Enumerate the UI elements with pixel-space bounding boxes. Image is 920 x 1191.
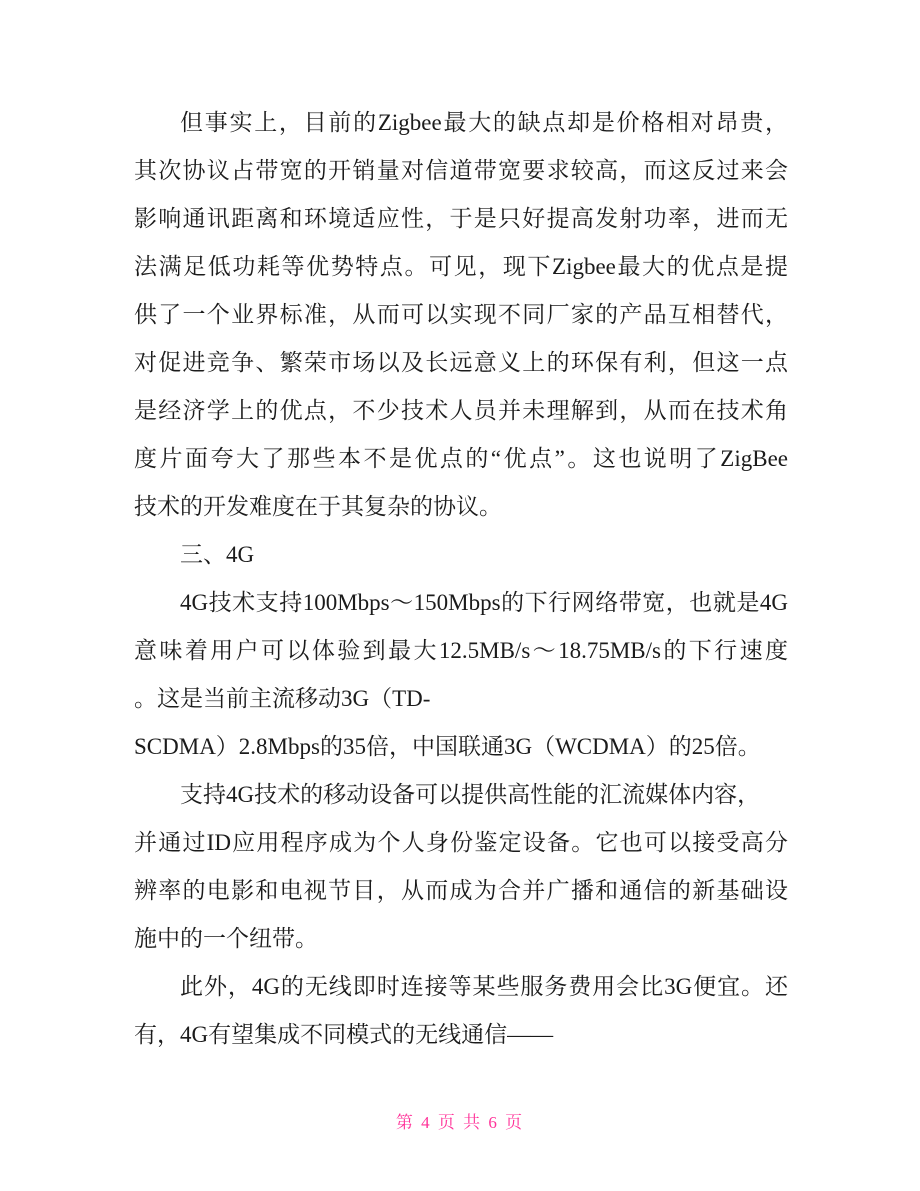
text-line: 。这是当前主流移动3G（TD- bbox=[134, 675, 788, 723]
text-line: 此外，4G的无线即时连接等某些服务费用会比3G便宜。还 bbox=[134, 963, 788, 1011]
text-line: 辨率的电影和电视节目，从而成为合并广播和通信的新基础设 bbox=[134, 867, 788, 915]
document-page: 但事实上，目前的Zigbee最大的缺点却是价格相对昂贵， 其次协议占带宽的开销量… bbox=[0, 0, 920, 1191]
text-line: 并通过ID应用程序成为个人身份鉴定设备。它也可以接受高分 bbox=[134, 819, 788, 867]
text-line: 支持4G技术的移动设备可以提供高性能的汇流媒体内容， bbox=[134, 771, 788, 819]
page-number-label: 第 4 页 共 6 页 bbox=[396, 1113, 524, 1132]
text-line: 有，4G有望集成不同模式的无线通信—— bbox=[134, 1011, 788, 1059]
text-line: 度片面夸大了那些本不是优点的“优点”。这也说明了ZigBee bbox=[134, 435, 788, 483]
text-line: 供了一个业界标准，从而可以实现不同厂家的产品互相替代， bbox=[134, 291, 788, 339]
text-line: SCDMA）2.8Mbps的35倍，中国联通3G（WCDMA）的25倍。 bbox=[134, 723, 788, 771]
text-line: 施中的一个纽带。 bbox=[134, 915, 788, 963]
text-line: 4G技术支持100Mbps～150Mbps的下行网络带宽，也就是4G bbox=[134, 579, 788, 627]
page-footer: 第 4 页 共 6 页 bbox=[0, 1112, 920, 1134]
text-line: 是经济学上的优点，不少技术人员并未理解到，从而在技术角 bbox=[134, 387, 788, 435]
text-line: 其次协议占带宽的开销量对信道带宽要求较高，而这反过来会 bbox=[134, 147, 788, 195]
text-line: 法满足低功耗等优势特点。可见，现下Zigbee最大的优点是提 bbox=[134, 243, 788, 291]
text-line: 但事实上，目前的Zigbee最大的缺点却是价格相对昂贵， bbox=[134, 99, 788, 147]
text-line: 对促进竞争、繁荣市场以及长远意义上的环保有利，但这一点 bbox=[134, 339, 788, 387]
section-heading: 三、4G bbox=[134, 531, 788, 579]
text-line: 影响通讯距离和环境适应性，于是只好提高发射功率，进而无 bbox=[134, 195, 788, 243]
document-body: 但事实上，目前的Zigbee最大的缺点却是价格相对昂贵， 其次协议占带宽的开销量… bbox=[134, 99, 788, 1059]
text-line: 意味着用户可以体验到最大12.5MB/s～18.75MB/s的下行速度 bbox=[134, 627, 788, 675]
text-line: 技术的开发难度在于其复杂的协议。 bbox=[134, 483, 788, 531]
